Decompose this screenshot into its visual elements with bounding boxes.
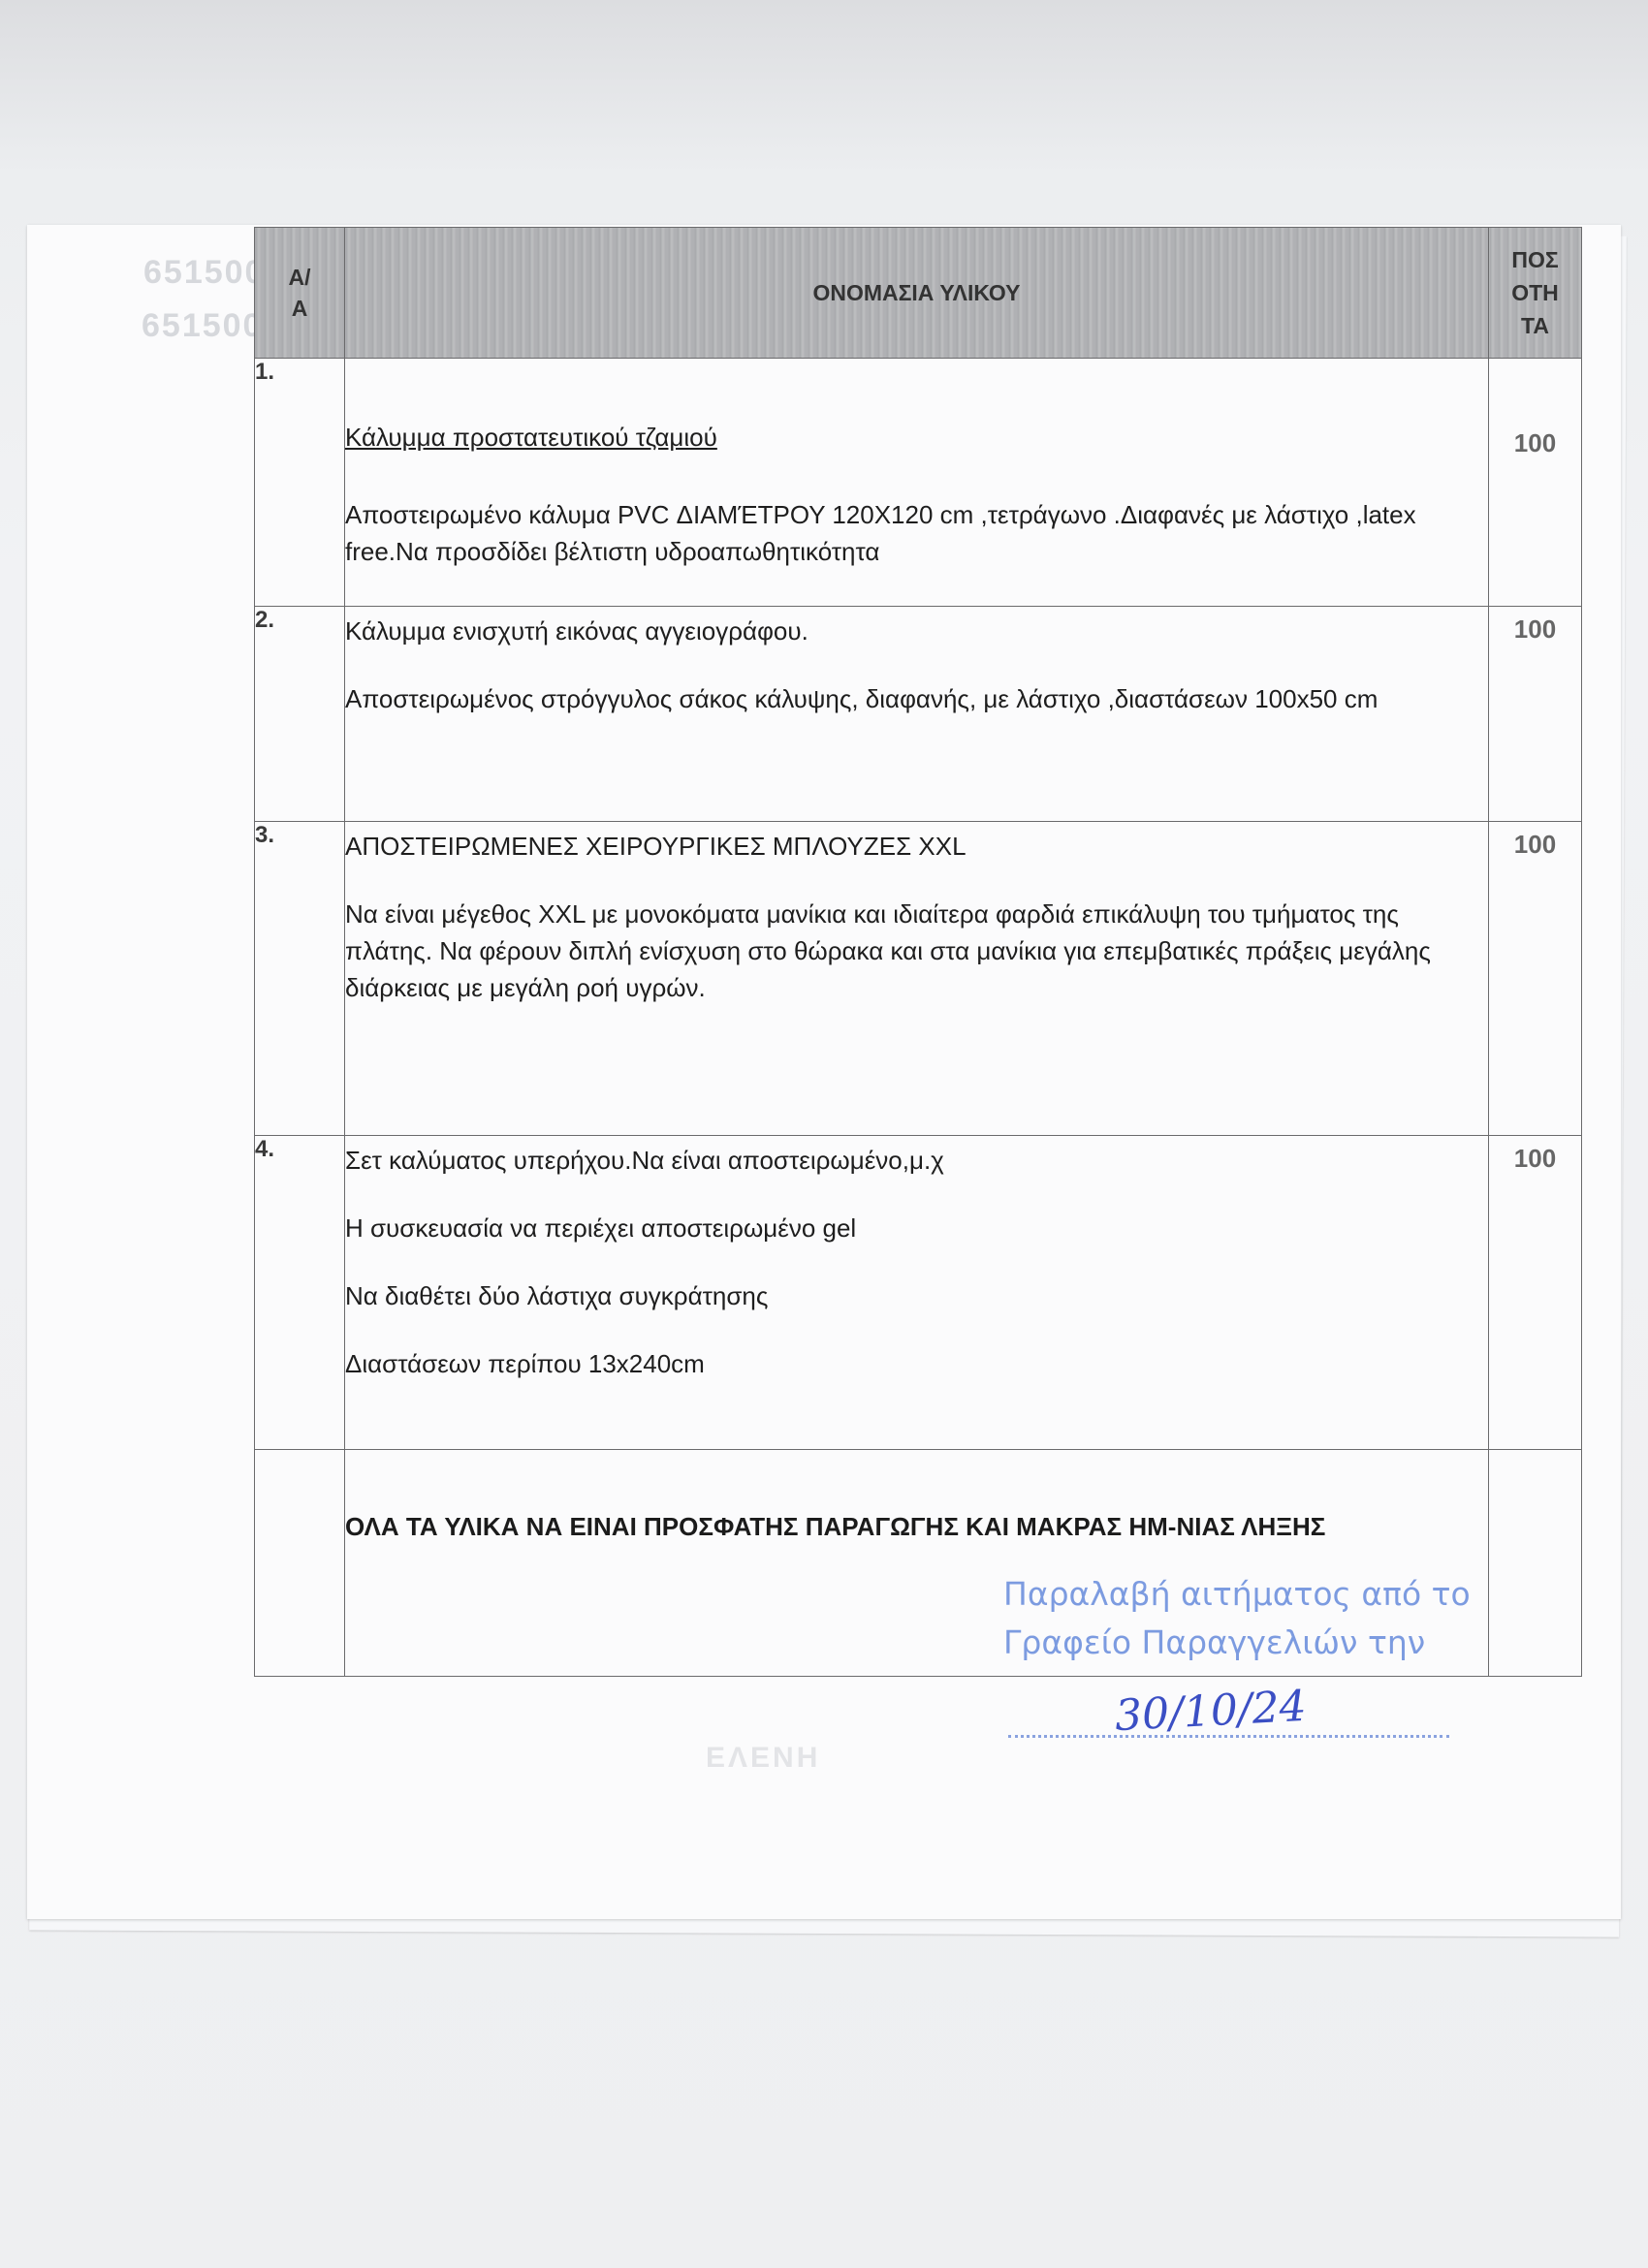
item-description: Αποστειρωμένο κάλυμα PVC ΔΙΑΜΈΤΡΟΥ 120Χ1…: [345, 496, 1488, 570]
empty-cell: [255, 1450, 345, 1677]
item-quantity: 100: [1489, 830, 1581, 860]
header-aa-line: Α: [255, 293, 344, 324]
header-qty-line: ΟΤΗ: [1489, 276, 1581, 309]
faint-stamp-bleed: ΕΛΕΝΗ: [706, 1742, 820, 1775]
header-material-name: ΟΝΟΜΑΣΙΑ ΥΛΙΚΟΥ: [345, 228, 1489, 359]
item-title: ΑΠΟΣΤΕΙΡΩΜΕΝΕΣ ΧΕΙΡΟΥΡΓΙΚΕΣ ΜΠΛΟΥΖΕΣ XXL: [345, 828, 1488, 865]
item-number: 4.: [255, 1136, 345, 1450]
header-qty-line: ΤΑ: [1489, 309, 1581, 342]
header-qty-line: ΠΟΣ: [1489, 243, 1581, 276]
table-row: 2. Κάλυμμα ενισχυτή εικόνας αγγειογράφου…: [255, 607, 1582, 822]
item-quantity-cell: 100: [1489, 1136, 1582, 1450]
stamp-line-2: Γραφείο Παραγγελιών την: [1003, 1623, 1425, 1661]
empty-cell: [1489, 1450, 1582, 1677]
item-quantity-cell: 100: [1489, 822, 1582, 1136]
item-description-cell: Κάλυμμα προστατευτικού τζαμιού Αποστειρω…: [345, 359, 1489, 607]
item-description: Να είναι μέγεθος XXL με μονοκόματα μανίκ…: [345, 896, 1488, 1006]
item-description-cell: ΑΠΟΣΤΕΙΡΩΜΕΝΕΣ ΧΕΙΡΟΥΡΓΙΚΕΣ ΜΠΛΟΥΖΕΣ XXL…: [345, 822, 1489, 1136]
item-description-cell: Σετ καλύματος υπερήχου.Να είναι αποστειρ…: [345, 1136, 1489, 1450]
item-quantity-cell: 100: [1489, 607, 1582, 822]
item-description-line: Διαστάσεων περίπου 13x240cm: [345, 1345, 1488, 1382]
item-number: 1.: [255, 359, 345, 607]
item-quantity: 100: [1489, 1144, 1581, 1174]
item-number: 2.: [255, 607, 345, 822]
stamp-line-1: Παραλαβή αιτήματος από το: [1003, 1575, 1471, 1613]
item-number: 3.: [255, 822, 345, 1136]
item-description: Αποστειρωμένος στρόγγυλος σάκος κάλυψης,…: [345, 680, 1488, 717]
item-title: Σετ καλύματος υπερήχου.Να είναι αποστειρ…: [345, 1142, 1488, 1179]
table-row: 4. Σετ καλύματος υπερήχου.Να είναι αποστ…: [255, 1136, 1582, 1450]
item-quantity-cell: 100: [1489, 359, 1582, 607]
header-aa-line: Α/: [255, 262, 344, 293]
item-description-line: Η συσκευασία να περιέχει αποστειρωμένο g…: [345, 1210, 1488, 1246]
item-title: Κάλυμμα προστατευτικού τζαμιού: [345, 419, 1488, 456]
table-row: 3. ΑΠΟΣΤΕΙΡΩΜΕΝΕΣ ΧΕΙΡΟΥΡΓΙΚΕΣ ΜΠΛΟΥΖΕΣ …: [255, 822, 1582, 1136]
item-quantity: 100: [1489, 428, 1581, 458]
table-row: 1. Κάλυμμα προστατευτικού τζαμιού Αποστε…: [255, 359, 1582, 607]
stamp-dotted-line: [1008, 1735, 1449, 1738]
header-serial-number: Α/ Α: [255, 228, 345, 359]
notice-text: ΟΛΑ ΤΑ ΥΛΙΚΑ ΝΑ ΕΙΝΑΙ ΠΡΟΣΦΑΤΗΣ ΠΑΡΑΓΩΓΗ…: [345, 1508, 1488, 1545]
item-description-cell: Κάλυμμα ενισχυτή εικόνας αγγειογράφου. Α…: [345, 607, 1489, 822]
table-header-row: Α/ Α ΟΝΟΜΑΣΙΑ ΥΛΙΚΟΥ ΠΟΣ ΟΤΗ ΤΑ: [255, 228, 1582, 359]
item-quantity: 100: [1489, 614, 1581, 645]
item-description-line: Να διαθέτει δύο λάστιχα συγκράτησης: [345, 1277, 1488, 1314]
handwritten-date: 30/10/24: [1114, 1682, 1308, 1741]
materials-table: Α/ Α ΟΝΟΜΑΣΙΑ ΥΛΙΚΟΥ ΠΟΣ ΟΤΗ ΤΑ 1. Κάλυμ…: [254, 227, 1582, 1677]
header-quantity: ΠΟΣ ΟΤΗ ΤΑ: [1489, 228, 1582, 359]
item-title: Κάλυμμα ενισχυτή εικόνας αγγειογράφου.: [345, 613, 1488, 649]
